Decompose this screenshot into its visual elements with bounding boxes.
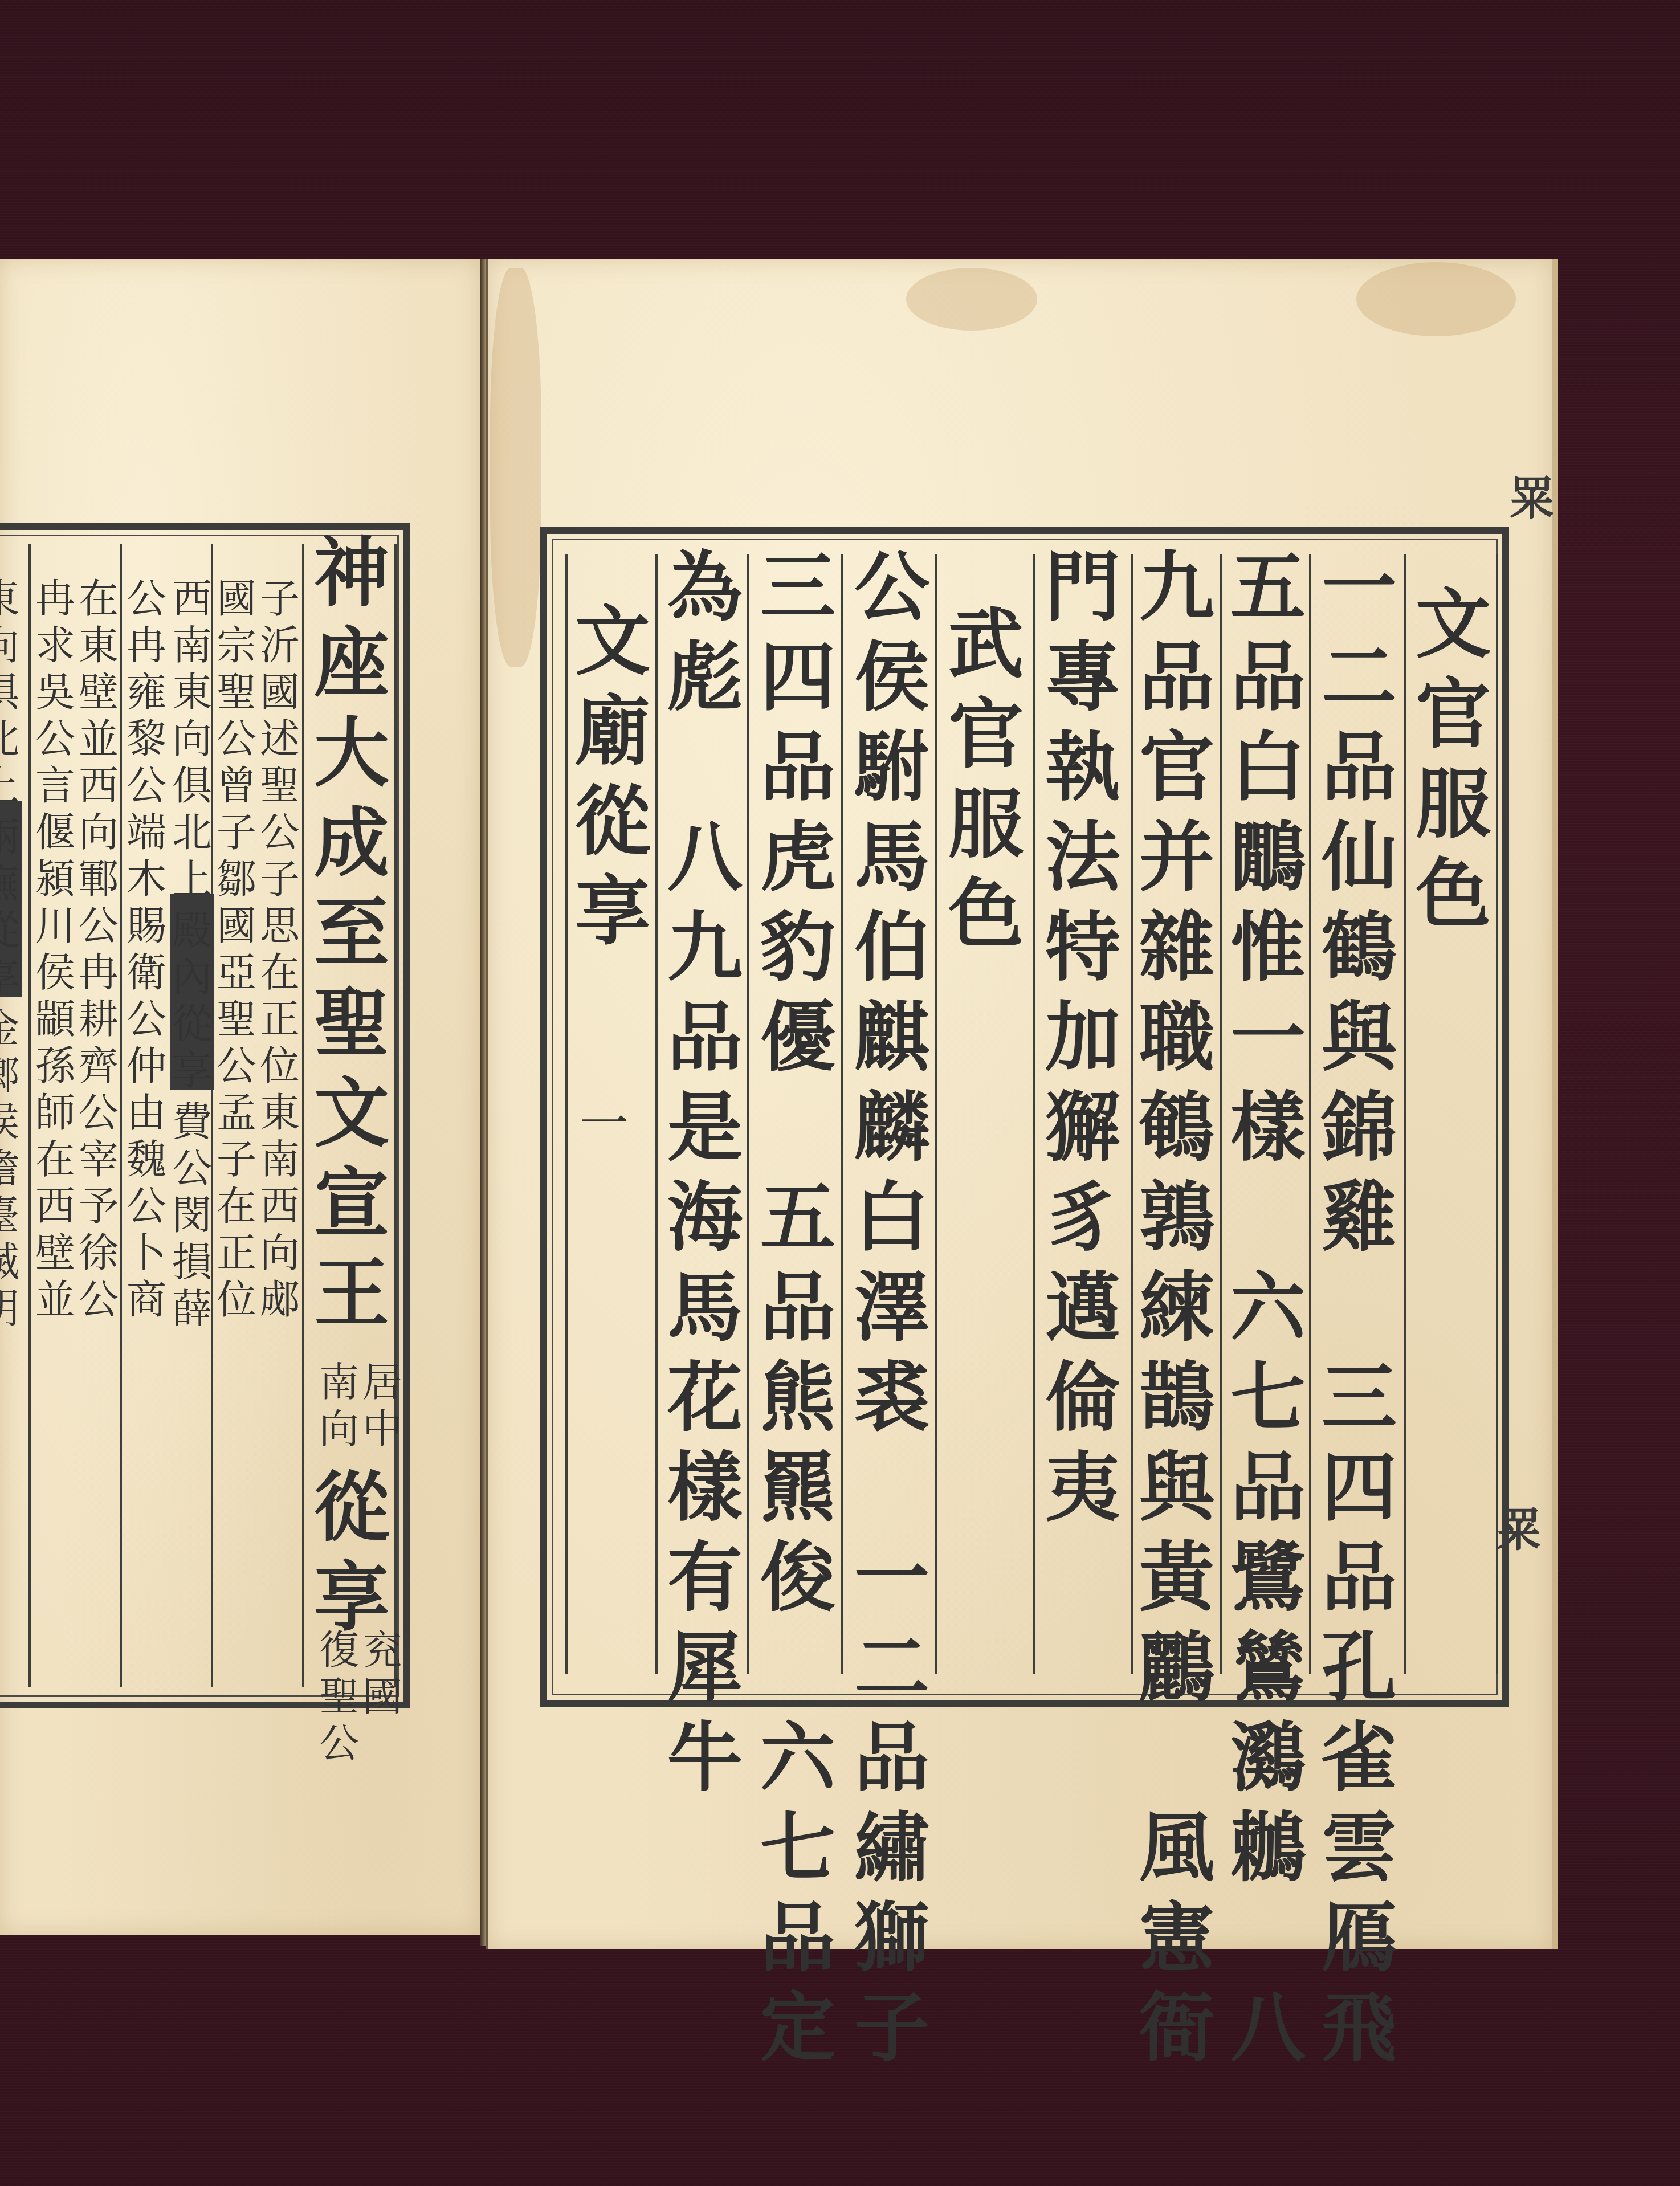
glyph: 三 [760, 550, 835, 640]
glyph: 上 [172, 847, 212, 894]
glyph: 廟 [575, 694, 650, 784]
glyph: 九 [1139, 550, 1214, 640]
column-rule [1220, 554, 1222, 1674]
column-rule [28, 544, 31, 1687]
glyph: 滅 [0, 1230, 19, 1277]
glyph: 八 [667, 820, 743, 910]
glyph: 偃 [35, 801, 75, 847]
glyph: 專 [1045, 640, 1120, 730]
glyph: 色 [1416, 857, 1491, 947]
glyph: 六 [760, 1720, 835, 1810]
glyph: 九 [667, 910, 743, 1000]
glyph: 子 [854, 1991, 929, 2081]
glyph: 從 [314, 1470, 389, 1560]
glyph: 虎 [760, 820, 835, 910]
glyph: 熊 [760, 1360, 835, 1450]
text-line: 國宗聖公曾子鄒國亞聖公孟子在正位 [217, 567, 256, 1315]
glyph: 吳 [35, 660, 75, 707]
glyph: 獅 [854, 1900, 929, 1991]
glyph: 從 [575, 784, 650, 874]
glyph: 公 [127, 754, 166, 801]
text-column-double: 在東壁並西向鄆公冉耕齊公宰予徐公 冉求吳公言偃潁川侯顓孫師在西壁並 [35, 567, 119, 1315]
heading-military-official-dress: 武官服色 [943, 607, 1029, 967]
glyph: 繡 [854, 1810, 929, 1900]
glyph: 向 [260, 1221, 300, 1268]
glyph: 鴈 [1322, 1900, 1397, 1991]
glyph: 言 [35, 754, 75, 801]
glyph: 聖 [217, 988, 256, 1034]
glyph: 品 [1139, 640, 1214, 730]
glyph: 雲 [1322, 1810, 1397, 1900]
glyph: 公 [217, 1034, 256, 1081]
glyph: 閔 [172, 1184, 212, 1230]
glyph: 正 [217, 1221, 256, 1268]
glyph: 品 [1322, 1540, 1397, 1630]
glyph: 衛 [127, 941, 166, 988]
glyph: 文 [575, 604, 650, 694]
glyph: 廡 [0, 852, 19, 899]
glyph: 獬 [1045, 1090, 1120, 1180]
heading-shrine: 神座大成至聖文宣王 [309, 536, 394, 1346]
column-rule [841, 554, 843, 1674]
glyph: 職 [1139, 1000, 1214, 1090]
glyph: 麟 [854, 1090, 929, 1180]
heading-temple-followers: 文廟從享 [570, 604, 655, 964]
text-line: 在東壁並西向鄆公冉耕齊公宰予徐公 [79, 567, 119, 1315]
glyph: 從 [0, 899, 19, 945]
glyph: 損 [172, 1230, 212, 1277]
glyph: 徐 [79, 1221, 119, 1268]
glyph: 向 [172, 707, 212, 754]
glyph: 潁 [35, 847, 75, 894]
glyph: 公 [127, 567, 166, 614]
glyph: 述 [260, 707, 300, 754]
glyph: 品 [1230, 1450, 1306, 1540]
glyph: 並 [79, 707, 119, 754]
glyph: 公 [854, 550, 929, 640]
glyph: 公 [79, 894, 119, 941]
glyph: 文 [1416, 587, 1491, 677]
trailing-mark: 一 [587, 1100, 621, 1159]
glyph: 飛 [1322, 1991, 1397, 2081]
column-rule [394, 544, 397, 1687]
glyph: 練 [1139, 1270, 1214, 1360]
glyph: 在 [79, 567, 119, 614]
glyph: 西 [172, 567, 212, 614]
glyph: 雞 [1322, 1180, 1397, 1270]
glyph: 優 [760, 1000, 835, 1090]
glyph: 七 [1230, 1360, 1306, 1450]
glyph: 顓 [35, 988, 75, 1034]
glyph: 一 [854, 1540, 929, 1630]
glyph: 雀 [1322, 1720, 1397, 1810]
glyph: 八 [1230, 1991, 1306, 2081]
glyph: 馬 [854, 820, 929, 910]
glyph: 樣 [1230, 1090, 1306, 1180]
glyph: 文 [314, 1076, 389, 1166]
annotation-line: 復聖公 [319, 1618, 359, 1759]
glyph: 并 [1139, 820, 1214, 910]
glyph: 聖 [217, 660, 256, 707]
text-column: 門專執法特加獬豸邁倫夷 [1040, 550, 1126, 1540]
glyph: 豸 [1045, 1180, 1120, 1270]
glyph: 宗 [217, 614, 256, 660]
glyph: 黃 [1139, 1540, 1214, 1630]
glyph: 聖 [319, 1665, 359, 1712]
glyph: 郕 [260, 1268, 300, 1315]
text-column: 五品白鷳惟一樣 六七品鷺鷥鸂鶒 八 [1225, 550, 1311, 2081]
glyph: 澹 [0, 1137, 19, 1184]
glyph: 西 [260, 1174, 300, 1221]
fore-edge-mark: 䍘 [1509, 462, 1555, 527]
column-rule [120, 544, 122, 1687]
water-stain [1356, 262, 1516, 336]
glyph: 向 [79, 801, 119, 847]
glyph: 公 [172, 1137, 212, 1184]
glyph: 二 [854, 1630, 929, 1720]
text-column-double: 子沂國述聖公子思在正位東南西向郕 國宗聖公曾子鄒國亞聖公孟子在正位 [217, 567, 300, 1315]
text-column-double-partial: 東向俱北上 兩廡從享 金鄉侯澹臺滅明 [0, 567, 22, 1324]
glyph: 仲 [127, 1034, 166, 1081]
glyph: 法 [1045, 820, 1120, 910]
glyph: 孫 [35, 1034, 75, 1081]
glyph: 子 [217, 801, 256, 847]
glyph: 壁 [35, 1221, 75, 1268]
glyph: 公 [319, 1712, 359, 1759]
glyph: 位 [260, 1034, 300, 1081]
glyph: 鄆 [79, 847, 119, 894]
glyph: 品 [1230, 640, 1306, 730]
glyph: 中 [362, 1397, 402, 1444]
glyph: 豹 [760, 910, 835, 1000]
glyph: 國 [260, 660, 300, 707]
water-stain [490, 268, 541, 667]
glyph: 三 [1322, 1360, 1397, 1450]
glyph: 費 [172, 1090, 212, 1137]
annotation-line: 南向 [319, 1351, 359, 1444]
glyph: 向 [319, 1397, 359, 1444]
column-rule [1033, 554, 1035, 1674]
glyph: 品 [760, 1900, 835, 1991]
heading-civil-official-dress: 文官服色 [1410, 587, 1496, 947]
glyph: 東 [79, 614, 119, 660]
text-column: 為彪 八九品是海馬花樣有犀牛 [662, 550, 748, 1810]
glyph: 鶒 [1230, 1810, 1306, 1900]
glyph: 兩 [0, 805, 19, 852]
glyph: 東 [260, 1081, 300, 1128]
glyph: 神 [314, 536, 389, 626]
glyph: 國 [217, 894, 256, 941]
annotation-line: 居中 [362, 1351, 402, 1444]
glyph: 思 [260, 894, 300, 941]
glyph: 鵪 [1139, 1090, 1214, 1180]
glyph: 予 [79, 1174, 119, 1221]
glyph: 明 [0, 1277, 19, 1324]
glyph: 門 [1045, 550, 1120, 640]
glyph: 與 [1139, 1450, 1214, 1540]
glyph: 求 [35, 614, 75, 660]
glyph: 由 [127, 1081, 166, 1128]
glyph: 在 [260, 941, 300, 988]
text-line: 公冉雍黎公端木賜衛公仲由魏公卜商 [127, 567, 166, 1324]
glyph: 公 [35, 707, 75, 754]
glyph: 定 [760, 1991, 835, 2081]
glyph: 享 [172, 1039, 212, 1086]
heading-annotation: 居中 南向 [319, 1351, 402, 1444]
glyph: 花 [667, 1360, 743, 1450]
glyph: 海 [667, 1180, 743, 1270]
glyph: 品 [760, 730, 835, 820]
glyph: 西 [79, 754, 119, 801]
glyph: 曾 [217, 754, 256, 801]
glyph: 四 [760, 640, 835, 730]
spacer [760, 1090, 835, 1180]
glyph: 南 [172, 614, 212, 660]
text-column: 一二品仙鶴與錦雞 三四品孔雀雲鴈飛 [1316, 550, 1402, 2081]
glyph: 座 [314, 626, 389, 716]
column-rule [565, 554, 568, 1674]
glyph: 黎 [127, 707, 166, 754]
spacer [1230, 1900, 1306, 1991]
glyph: 憲 [1139, 1900, 1214, 1991]
glyph: 四 [1322, 1450, 1397, 1540]
glyph: 從 [172, 992, 212, 1039]
glyph: 服 [948, 787, 1024, 877]
glyph: 沂 [260, 614, 300, 660]
glyph: 齊 [79, 1034, 119, 1081]
glyph: 邁 [1045, 1270, 1120, 1360]
glyph: 至 [314, 896, 389, 986]
spacer [1230, 1180, 1306, 1270]
glyph: 鷥 [1230, 1630, 1306, 1720]
column-rule [302, 544, 304, 1687]
glyph: 東 [172, 660, 212, 707]
glyph: 宣 [314, 1166, 389, 1256]
glyph: 馬 [667, 1270, 743, 1360]
glyph: 兖 [362, 1618, 402, 1665]
glyph: 西 [35, 1174, 75, 1221]
glyph: 加 [1045, 1000, 1120, 1090]
glyph: 公 [79, 1081, 119, 1128]
glyph: 樣 [667, 1450, 743, 1540]
glyph: 麒 [854, 1000, 929, 1090]
text-line: 東向俱北上 兩廡從享 金鄉侯澹臺滅明 [0, 567, 22, 1324]
glyph: 鷺 [1230, 1540, 1306, 1630]
column-rule [1131, 554, 1133, 1674]
glyph: 俊 [760, 1540, 835, 1630]
glyph: 伯 [854, 910, 929, 1000]
column-rule [935, 554, 937, 1674]
text-column-double: 西南東向俱北上 殿內從享 費公閔損薛 公冉雍黎公端木賜衛公仲由魏公卜商 [127, 567, 214, 1324]
glyph: 俱 [172, 754, 212, 801]
glyph: 仙 [1322, 820, 1397, 910]
glyph: 是 [667, 1090, 743, 1180]
glyph: 公 [127, 1174, 166, 1221]
glyph: 官 [948, 697, 1024, 787]
glyph: 夷 [1045, 1450, 1120, 1540]
spacer [1139, 1720, 1214, 1810]
glyph: 子 [260, 567, 300, 614]
column-rule [655, 554, 658, 1674]
section-stamp: 殿內從享 [170, 894, 214, 1090]
glyph: 南 [260, 1128, 300, 1174]
glyph: 侯 [35, 941, 75, 988]
text-column: 公侯駙馬伯麒麟白澤裘 一二品繡獅子 [849, 550, 935, 2081]
glyph: 國 [217, 567, 256, 614]
glyph: 卜 [127, 1221, 166, 1268]
glyph: 在 [217, 1174, 256, 1221]
glyph: 彪 [667, 640, 743, 730]
glyph: 風 [1139, 1810, 1214, 1900]
fore-edge-mark: 䍘 [1496, 1493, 1542, 1559]
glyph: 復 [319, 1618, 359, 1665]
spacer [760, 1630, 835, 1720]
glyph: 服 [1416, 767, 1491, 857]
glyph: 鶴 [1322, 910, 1397, 1000]
glyph: 與 [1322, 1000, 1397, 1090]
glyph: 五 [760, 1180, 835, 1270]
glyph: 品 [1322, 730, 1397, 820]
glyph: 子 [260, 847, 300, 894]
glyph: 公 [260, 801, 300, 847]
glyph: 俱 [0, 660, 19, 707]
glyph: 並 [35, 1268, 75, 1315]
text-line: 西南東向俱北上 殿內從享 費公閔損薛 [170, 567, 214, 1324]
glyph: 官 [1139, 730, 1214, 820]
glyph: 享 [0, 945, 19, 992]
glyph: 享 [575, 874, 650, 964]
glyph: 七 [760, 1810, 835, 1900]
glyph: 北 [172, 801, 212, 847]
section-stamp: 兩廡從享 [0, 801, 22, 997]
glyph: 內 [172, 945, 212, 992]
glyph: 倫 [1045, 1360, 1120, 1450]
glyph: 孔 [1322, 1630, 1397, 1720]
glyph: 魏 [127, 1128, 166, 1174]
column-rule [1404, 554, 1406, 1674]
glyph: 位 [217, 1268, 256, 1315]
text-line: 冉求吳公言偃潁川侯顓孫師在西壁並 [35, 567, 75, 1315]
glyph: 五 [1230, 550, 1306, 640]
glyph: 品 [667, 1000, 743, 1090]
glyph: 惟 [1230, 910, 1306, 1000]
glyph: 聖 [314, 986, 389, 1076]
glyph: 上 [0, 754, 19, 801]
follow-annotation: 兖國 復聖公 [319, 1618, 402, 1759]
glyph: 錦 [1322, 1090, 1397, 1180]
spacer [667, 730, 743, 820]
glyph: 鶉 [1139, 1180, 1214, 1270]
glyph: 商 [127, 1268, 166, 1315]
glyph: 鸝 [1139, 1630, 1214, 1720]
glyph: 冉 [127, 614, 166, 660]
glyph: 子 [217, 1128, 256, 1174]
glyph: 亞 [217, 941, 256, 988]
glyph: 白 [854, 1180, 929, 1270]
glyph: 王 [314, 1256, 389, 1346]
glyph: 聖 [260, 754, 300, 801]
glyph: 雍 [127, 660, 166, 707]
glyph: 南 [319, 1351, 359, 1397]
glyph: 公 [79, 1268, 119, 1315]
glyph: 冉 [79, 941, 119, 988]
glyph: 殿 [172, 899, 212, 945]
glyph: 有 [667, 1540, 743, 1630]
glyph: 品 [760, 1270, 835, 1360]
text-line: 子沂國述聖公子思在正位東南西向郕 [260, 567, 300, 1315]
glyph: 壁 [79, 660, 119, 707]
text-column: 三四品虎豹優 五品熊羆俊 六七品定 [755, 550, 841, 2081]
glyph: 一 [1230, 1000, 1306, 1090]
glyph: 居 [362, 1351, 402, 1397]
glyph: 師 [35, 1081, 75, 1128]
glyph: 鄉 [0, 1043, 19, 1090]
text-column: 九品官并雜職鵪鶉練鵲與黃鸝 風憲衙 [1134, 550, 1220, 2081]
glyph: 公 [217, 707, 256, 754]
glyph: 駙 [854, 730, 929, 820]
glyph: 向 [0, 614, 19, 660]
glyph: 大 [314, 716, 389, 806]
glyph: 品 [854, 1720, 929, 1810]
glyph: 薛 [172, 1277, 212, 1324]
glyph: 為 [667, 550, 743, 640]
glyph: 侯 [854, 640, 929, 730]
glyph: 執 [1045, 730, 1120, 820]
glyph: 北 [0, 707, 19, 754]
spacer [1322, 1270, 1397, 1360]
glyph: 牛 [667, 1720, 743, 1810]
glyph: 孟 [217, 1081, 256, 1128]
glyph: 二 [1322, 640, 1397, 730]
spacer [854, 1450, 929, 1540]
glyph: 鵲 [1139, 1360, 1214, 1450]
glyph: 特 [1045, 910, 1120, 1000]
glyph: 鷳 [1230, 820, 1306, 910]
glyph: 成 [314, 806, 389, 896]
glyph: 國 [362, 1665, 402, 1712]
glyph: 鸂 [1230, 1720, 1306, 1810]
glyph: 澤 [854, 1270, 929, 1360]
glyph: 裘 [854, 1360, 929, 1450]
glyph: 衙 [1139, 1991, 1214, 2081]
annotation-line: 兖國 [362, 1618, 402, 1759]
glyph: 鄒 [217, 847, 256, 894]
glyph: 臺 [0, 1184, 19, 1230]
glyph: 木 [127, 847, 166, 894]
glyph: 羆 [760, 1450, 835, 1540]
glyph: 川 [35, 894, 75, 941]
glyph: 正 [260, 988, 300, 1034]
glyph: 雜 [1139, 910, 1214, 1000]
glyph: 宰 [79, 1128, 119, 1174]
glyph: 賜 [127, 894, 166, 941]
glyph: 公 [127, 988, 166, 1034]
glyph: 耕 [79, 988, 119, 1034]
glyph: 官 [1416, 677, 1491, 767]
glyph: 白 [1230, 730, 1306, 820]
glyph: 一 [1322, 550, 1397, 640]
water-stain [906, 268, 1037, 331]
glyph: 在 [35, 1128, 75, 1174]
glyph: 六 [1230, 1270, 1306, 1360]
glyph: 金 [0, 997, 19, 1043]
glyph: 東 [0, 567, 19, 614]
glyph: 侯 [0, 1090, 19, 1137]
glyph: 冉 [35, 567, 75, 614]
glyph: 端 [127, 801, 166, 847]
glyph: 武 [948, 607, 1024, 697]
glyph: 犀 [667, 1630, 743, 1720]
